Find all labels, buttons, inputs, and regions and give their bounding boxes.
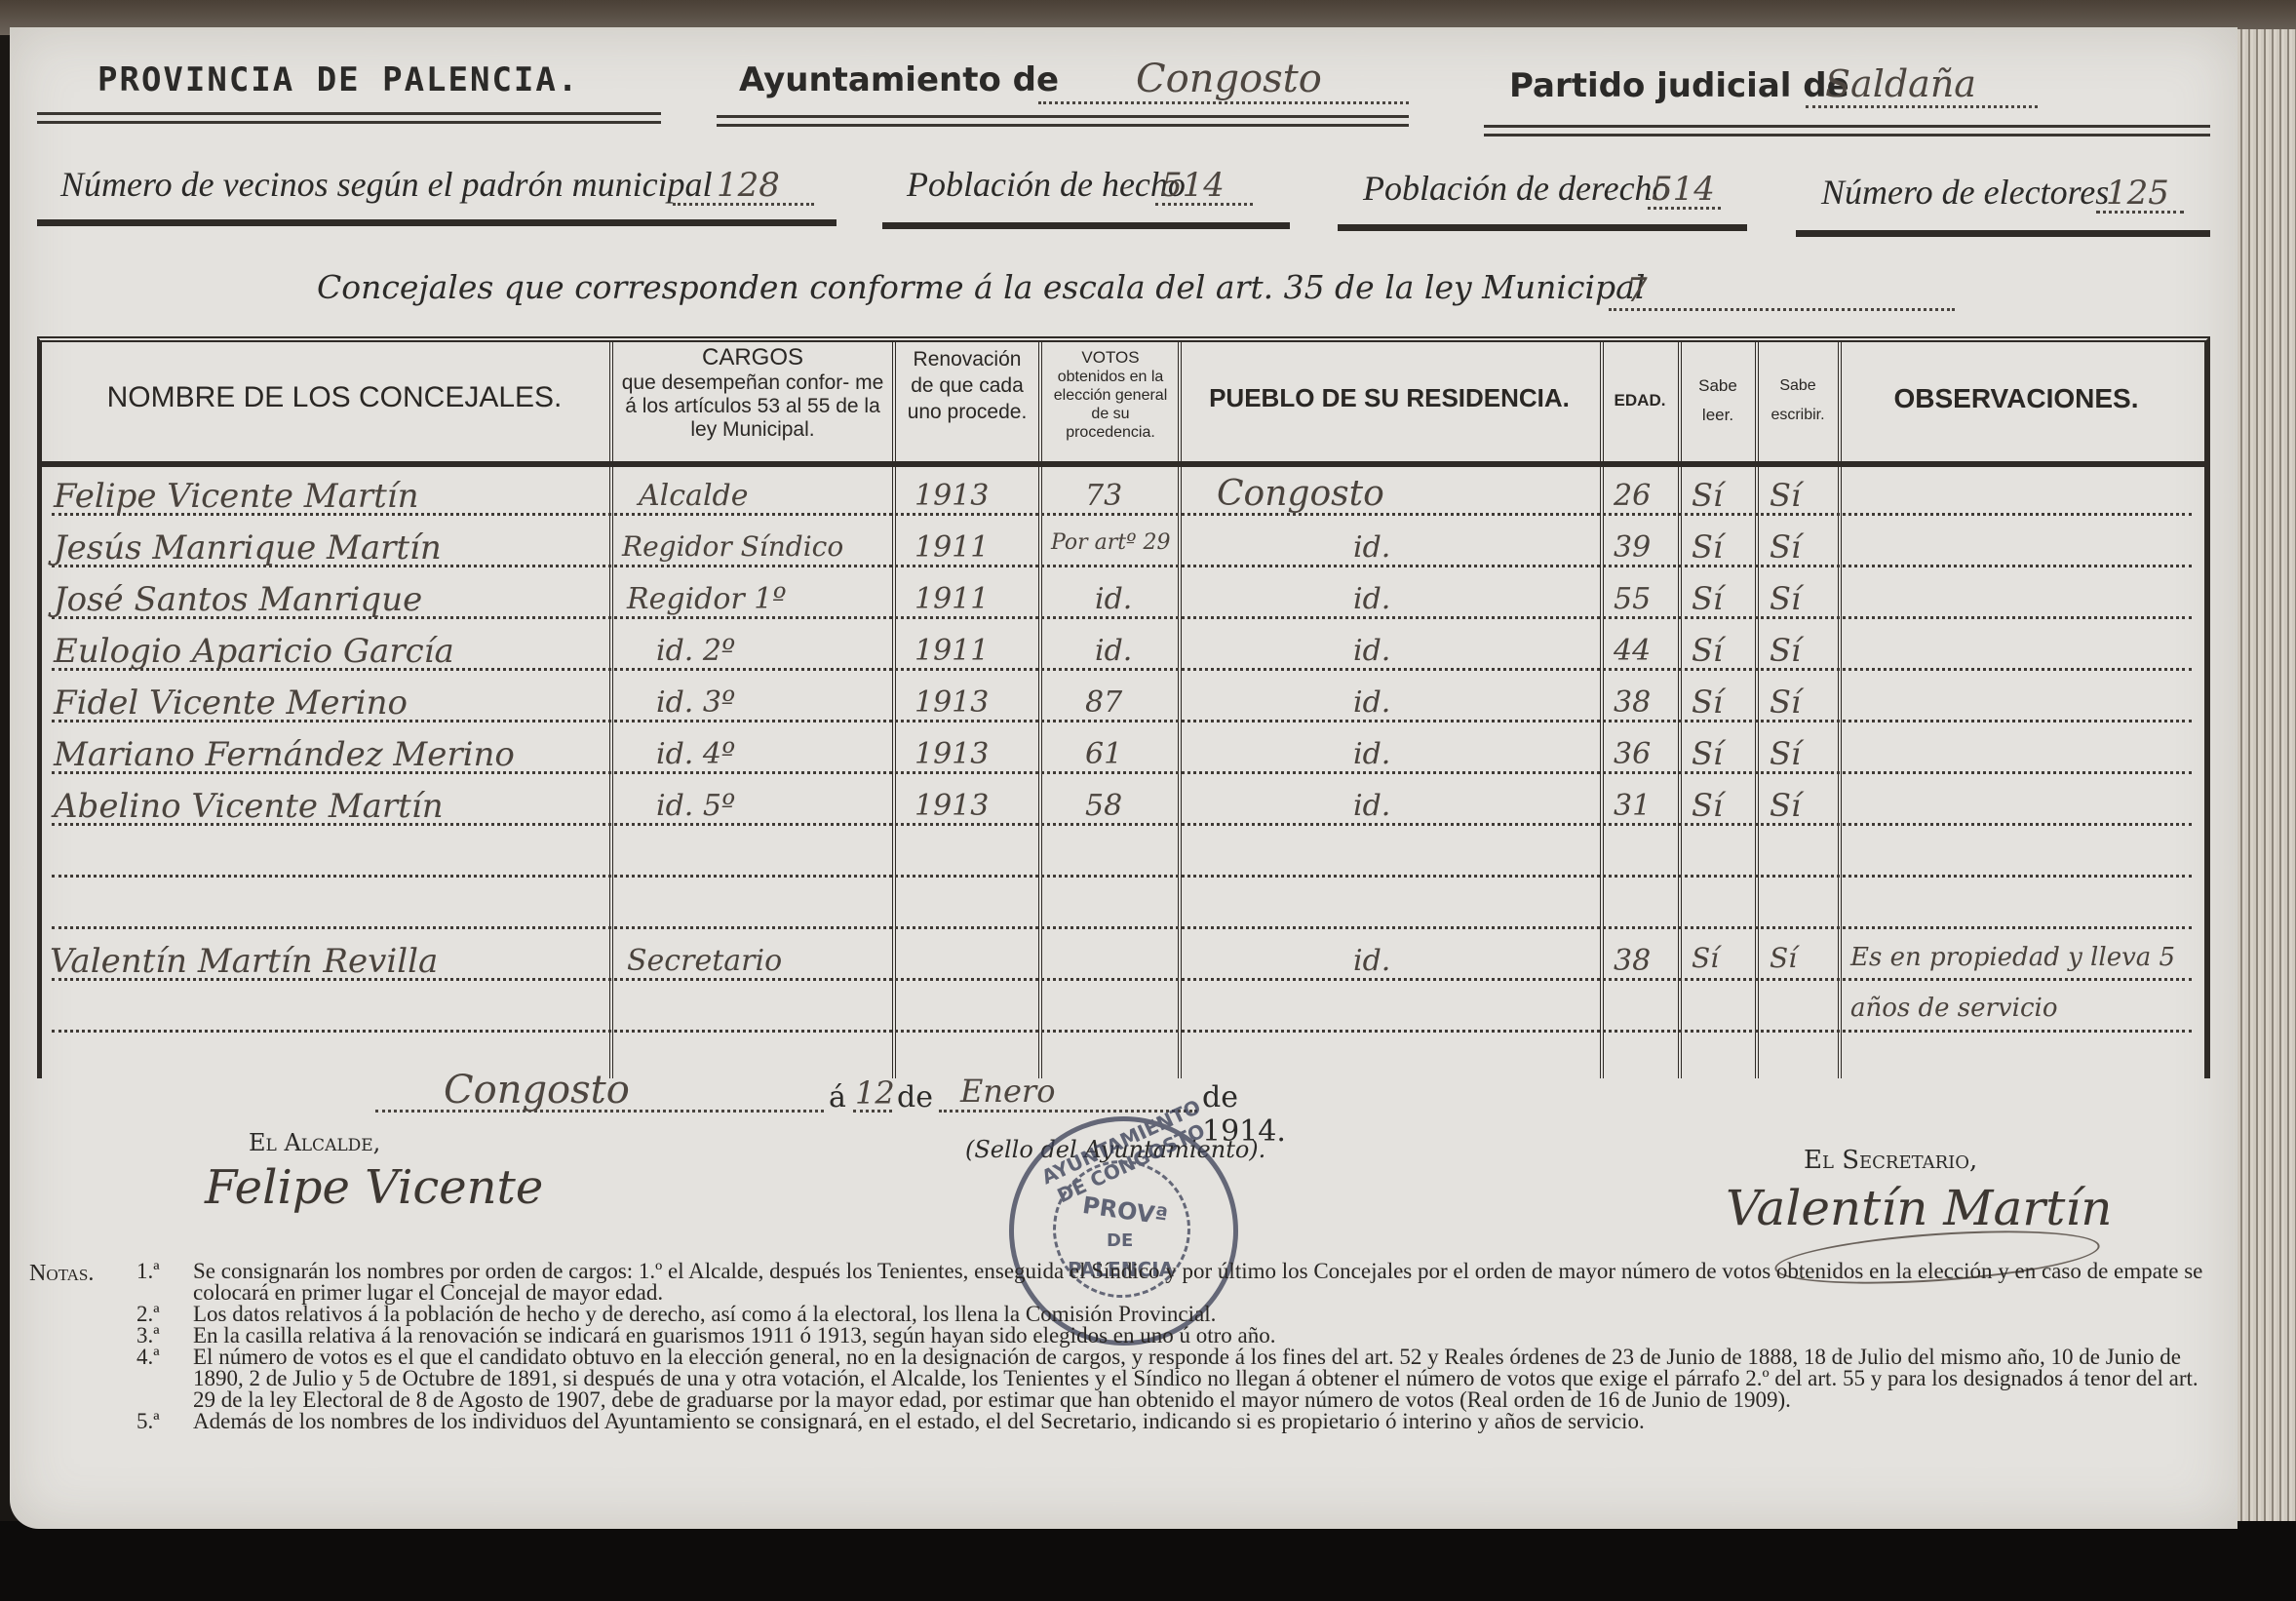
note-item: 1.ª Se consignarán los nombres por orden… (136, 1261, 2203, 1304)
cell-edad: 44 (1614, 634, 1651, 668)
cell-votos: Por artº 29 (1051, 530, 1170, 555)
note-number: 1.ª (136, 1261, 193, 1304)
divider (717, 115, 1409, 127)
cell-pueblo: id. (1353, 530, 1390, 565)
note-text: El número de votos es el que el candidat… (193, 1347, 2203, 1411)
cell-escribir: Sí (1770, 787, 1801, 824)
derecho-field[interactable]: 514 (1648, 179, 1721, 210)
col-divider (1038, 342, 1042, 1078)
cell-leer: Sí (1692, 632, 1723, 669)
cell-renovacion: 1913 (915, 479, 989, 513)
notes-list: 1.ª Se consignarán los nombres por orden… (136, 1261, 2203, 1432)
note-text: Se consignarán los nombres por orden de … (193, 1261, 2203, 1304)
cell-votos: id. (1095, 582, 1132, 616)
col-divider (609, 342, 613, 1078)
cell-renovacion: 1913 (915, 789, 989, 823)
cell-renovacion: 1911 (915, 634, 989, 668)
secretario-label: El Secretario, (1804, 1146, 1977, 1175)
cell-cargo: Alcalde (639, 479, 749, 513)
header-renovacion: Renovación de que cada uno procede. (900, 346, 1034, 425)
secretario-signature: Valentín Martín (1726, 1180, 2112, 1236)
divider (1338, 224, 1747, 231)
concejales-field[interactable]: 7 (1609, 283, 1955, 311)
ayuntamiento-value: Congosto (1136, 57, 1322, 101)
cell-leer: Sí (1692, 735, 1723, 772)
cell-edad: 38 (1614, 944, 1651, 978)
cell-edad: 36 (1614, 737, 1651, 771)
divider (37, 112, 661, 124)
cell-leer: Sí (1692, 942, 1719, 974)
note-item: 5.ª Además de los nombres de los individ… (136, 1411, 2203, 1432)
cell-nombre: Jesús Manrique Martín (54, 528, 442, 567)
date-place: Congosto (444, 1068, 630, 1113)
vecinos-label: Número de vecinos según el padrón munici… (60, 164, 713, 205)
cell-votos: id. (1095, 634, 1132, 668)
header-pueblo: PUEBLO DE SU RESIDENCIA. (1185, 383, 1594, 413)
cell-nombre: Felipe Vicente Martín (54, 477, 419, 516)
header-nombre: NOMBRE DE LOS CONCEJALES. (71, 381, 598, 414)
col-divider (1755, 342, 1759, 1078)
note-number: 4.ª (136, 1347, 193, 1411)
electores-label: Número de electores (1821, 172, 2109, 213)
divider (1796, 230, 2210, 237)
cell-cargo: Secretario (627, 944, 782, 978)
date-month: Enero (960, 1073, 1055, 1110)
cell-edad: 38 (1614, 685, 1651, 720)
cell-escribir: Sí (1770, 632, 1801, 669)
cell-pueblo: id. (1353, 737, 1390, 771)
row-line (52, 926, 2192, 929)
electores-value: 125 (2106, 174, 2169, 213)
concejales-label: Concejales que corresponden conforme á l… (317, 268, 1645, 306)
header-edad: EDAD. (1604, 391, 1676, 410)
header-cargos: CARGOS que desempeñan confor- me á los a… (615, 344, 890, 442)
note-item: 2.ª Los datos relativos á la población d… (136, 1304, 2203, 1325)
cell-cargo: Regidor 1º (627, 582, 786, 616)
header-votos-sub: obtenidos en la elección general de su p… (1046, 368, 1175, 442)
ayuntamiento-field[interactable]: Congosto (1038, 70, 1409, 104)
header-sabe-escribir: Sabe escribir. (1760, 371, 1836, 430)
col-divider (1178, 342, 1182, 1078)
date-day: 12 (855, 1074, 895, 1112)
vecinos-value: 128 (717, 166, 780, 205)
cell-escribir: Sí (1770, 477, 1801, 514)
partido-label: Partido judicial de (1509, 66, 1849, 105)
note-text: Los datos relativos á la población de he… (193, 1304, 1216, 1325)
col-divider (1600, 342, 1604, 1078)
vecinos-field[interactable]: 128 (673, 176, 814, 206)
note-number: 5.ª (136, 1411, 193, 1432)
hecho-label: Población de hecho (907, 164, 1186, 205)
cell-nombre: Eulogio Aparicio García (54, 632, 454, 671)
partido-value: Saldaña (1825, 62, 1976, 105)
cell-votos: 87 (1085, 685, 1122, 720)
date-de: de (897, 1080, 933, 1114)
electores-field[interactable]: 125 (2096, 183, 2184, 214)
cell-leer: Sí (1692, 477, 1723, 514)
partido-field[interactable]: Saldaña (1806, 76, 2038, 108)
header-cargos-sub: que desempeñan confor- me á los artículo… (615, 371, 890, 442)
cell-escribir: Sí (1770, 735, 1801, 772)
hecho-field[interactable]: 514 (1155, 176, 1253, 206)
derecho-label: Población de derecho (1363, 168, 1670, 209)
cell-leer: Sí (1692, 683, 1723, 721)
note-item: 3.ª En la casilla relativa á la renovaci… (136, 1325, 2203, 1347)
cell-nombre: Valentín Martín Revilla (50, 942, 438, 981)
cell-cargo: id. 5º (656, 789, 735, 823)
hecho-value: 514 (1161, 166, 1225, 205)
cell-escribir: Sí (1770, 528, 1801, 566)
alcalde-signature: Felipe Vicente (205, 1160, 543, 1215)
cell-nombre: Fidel Vicente Merino (54, 683, 408, 722)
cell-edad: 39 (1614, 530, 1651, 565)
cell-leer: Sí (1692, 528, 1723, 566)
concejales-value: 7 (1626, 271, 1648, 310)
cell-pueblo: id. (1353, 582, 1390, 616)
date-a: á (829, 1080, 846, 1114)
cell-leer: Sí (1692, 787, 1723, 824)
cell-pueblo: id. (1353, 789, 1390, 823)
header-cargos-title: CARGOS (615, 344, 890, 371)
cell-escribir: Sí (1770, 942, 1797, 974)
cell-votos: 58 (1085, 789, 1122, 823)
cell-edad: 31 (1614, 789, 1651, 823)
book-page-edges (2238, 29, 2296, 1599)
divider (37, 219, 837, 226)
cell-observaciones: Es en propiedad y lleva 5 años de servic… (1850, 932, 2182, 1034)
cell-renovacion: 1913 (915, 737, 989, 771)
note-number: 3.ª (136, 1325, 193, 1347)
note-number: 2.ª (136, 1304, 193, 1325)
province-title: PROVINCIA DE PALENCIA. (97, 60, 579, 99)
cell-renovacion: 1911 (915, 530, 989, 565)
cell-votos: 73 (1085, 479, 1122, 513)
cell-cargo: Regidor Síndico (622, 530, 843, 563)
note-text: En la casilla relativa á la renovación s… (193, 1325, 1276, 1347)
header-votos-title: VOTOS (1046, 348, 1175, 368)
divider (882, 222, 1290, 229)
cell-pueblo: id. (1353, 944, 1390, 978)
header-votos: VOTOS obtenidos en la elección general d… (1046, 348, 1175, 442)
cell-nombre: Mariano Fernández Merino (54, 735, 515, 774)
derecho-value: 514 (1652, 170, 1715, 209)
cell-renovacion: 1913 (915, 685, 989, 720)
col-divider (1838, 342, 1842, 1078)
cell-votos: 61 (1085, 737, 1122, 771)
notes-label: Notas. (29, 1263, 94, 1284)
cell-pueblo: id. (1353, 685, 1390, 720)
col-divider (892, 342, 896, 1078)
header-observaciones: OBSERVACIONES. (1846, 383, 2187, 414)
cell-pueblo: id. (1353, 634, 1390, 668)
col-divider (1678, 342, 1682, 1078)
header-sabe-leer: Sabe leer. (1684, 371, 1752, 430)
cell-nombre: Abelino Vicente Martín (54, 787, 444, 826)
cell-cargo: id. 2º (656, 634, 735, 668)
stamp-center-2: DE (1107, 1230, 1133, 1251)
note-item: 4.ª El número de votos es el que el cand… (136, 1347, 2203, 1411)
alcalde-label: El Alcalde, (249, 1129, 380, 1156)
cell-nombre: José Santos Manrique (54, 580, 422, 619)
row-line (52, 875, 2192, 878)
book-shadow-bottom (0, 1521, 2296, 1601)
divider (1484, 125, 2210, 137)
cell-escribir: Sí (1770, 683, 1801, 721)
cell-escribir: Sí (1770, 580, 1801, 617)
cell-leer: Sí (1692, 580, 1723, 617)
note-text: Además de los nombres de los individuos … (193, 1411, 1645, 1432)
cell-cargo: id. 4º (656, 737, 735, 771)
cell-cargo: id. 3º (656, 685, 735, 720)
cell-edad: 55 (1614, 582, 1651, 616)
header-rule (42, 461, 2204, 467)
ayuntamiento-label: Ayuntamiento de (739, 60, 1059, 99)
cell-pueblo: Congosto (1217, 474, 1384, 514)
cell-edad: 26 (1614, 479, 1651, 513)
cell-renovacion: 1911 (915, 582, 989, 616)
concejales-table: NOMBRE DE LOS CONCEJALES. CARGOS que des… (37, 336, 2210, 1078)
